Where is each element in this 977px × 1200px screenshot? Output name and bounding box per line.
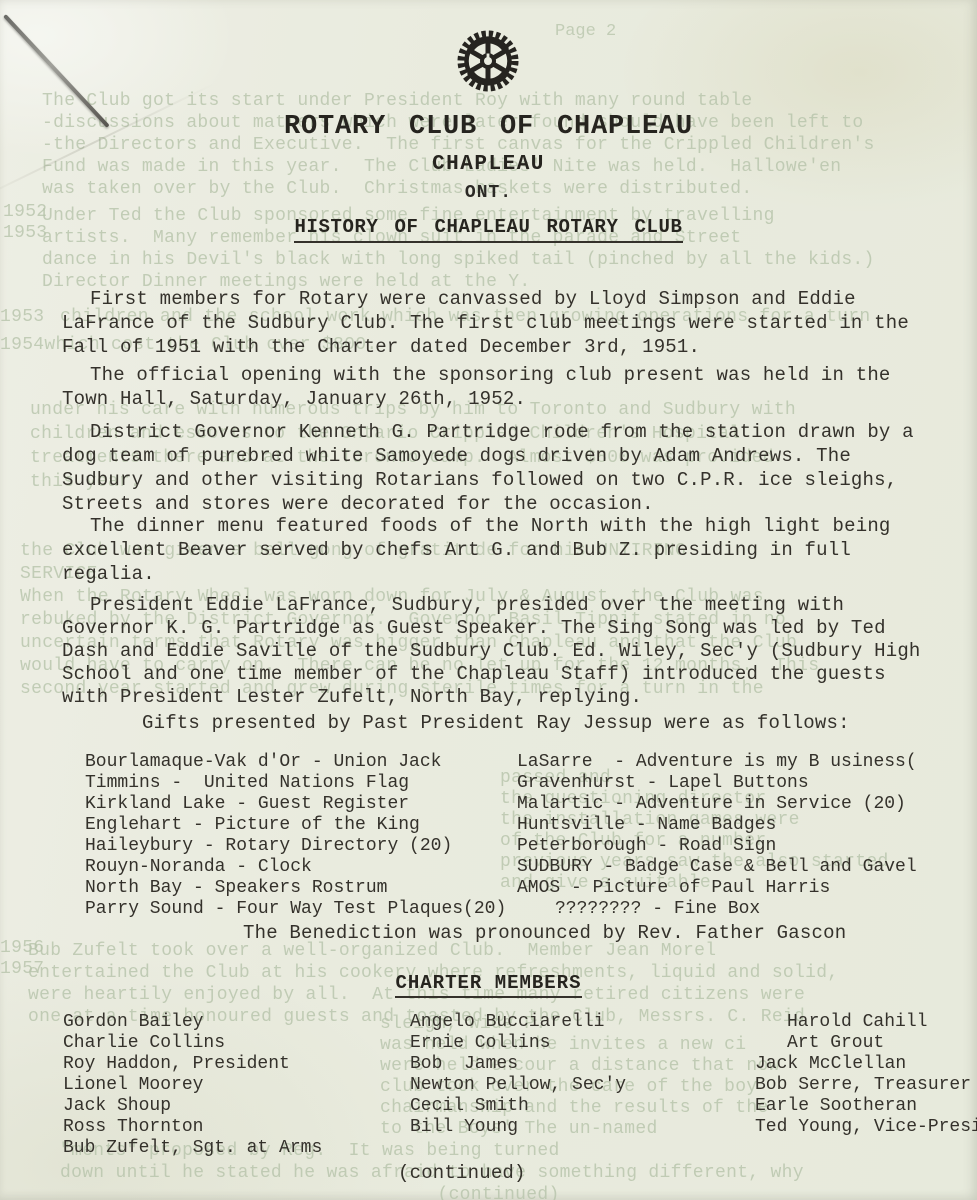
gifts-left-column: Bourlamaque-Vak d'Or - Union JackTimmins… [85,752,506,920]
paragraph: President Eddie LaFrance, Sudbury, presi… [62,594,928,709]
charter-column-3: Harold CahillArt GroutJack McClellanBob … [755,1012,977,1138]
benediction-line: The Benediction was pronounced by Rev. F… [243,922,846,944]
charter-column-2: Angelo BucciarelliErnie CollinsBob James… [410,1012,626,1138]
gifts-intro-line: Gifts presented by Past President Ray Je… [142,712,850,734]
gift-item: Peterborough - Road Sign [517,836,917,857]
gift-item: SUDBURY - Badge Case & Bell and Gavel [517,857,917,878]
gift-item: Timmins - United Nations Flag [85,773,506,794]
gift-item: Huntsville - Name Badges [517,815,917,836]
gift-item: Bourlamaque-Vak d'Or - Union Jack [85,752,506,773]
gift-item: Parry Sound - Four Way Test Plaques(20) [85,899,506,920]
gift-item: Haileybury - Rotary Directory (20) [85,836,506,857]
charter-member: Ernie Collins [410,1033,626,1054]
charter-member: Ted Young, Vice-Presid [755,1117,977,1138]
charter-member: Roy Haddon, President [63,1054,322,1075]
scanned-document-page: The Club got its start under President R… [0,0,977,1200]
paragraph: The dinner menu featured foods of the No… [62,514,928,586]
charter-member: Gordon Bailey [63,1012,322,1033]
gift-item: Gravenhurst - Lapel Buttons [517,773,917,794]
paragraph: District Governor Kenneth G. Partridge r… [62,420,928,516]
paragraph: The official opening with the sponsoring… [62,363,928,411]
gift-item: AMOS - Picture of Paul Harris [517,878,917,899]
charter-member: Earle Sootheran [755,1096,977,1117]
gift-item: North Bay - Speakers Rostrum [85,878,506,899]
charter-members-heading: CHARTER MEMBERS [395,972,581,998]
gift-item: Englehart - Picture of the King [85,815,506,836]
charter-member: Jack McClellan [755,1054,977,1075]
charter-member: Bill Young [410,1117,626,1138]
charter-member: Cecil Smith [410,1096,626,1117]
charter-member: Angelo Bucciarelli [410,1012,626,1033]
charter-member: Art Grout [755,1033,977,1054]
charter-member: Bob Serre, Treasurer [755,1075,977,1096]
gift-item: ???????? - Fine Box [517,899,917,920]
gift-item: Malartic - Adventure in Service (20) [517,794,917,815]
continued-note: (continued) [398,1162,526,1184]
charter-member: Bob James [410,1054,626,1075]
charter-member: Jack Shoup [63,1096,322,1117]
charter-member: Ross Thornton [63,1117,322,1138]
gift-item: LaSarre - Adventure is my B usiness( [517,752,917,773]
charter-member: Bub Zufelt, Sgt. at Arms [63,1138,322,1159]
gifts-right-column: LaSarre - Adventure is my B usiness(Grav… [517,752,917,920]
charter-heading-row: CHARTER MEMBERS [0,972,977,998]
paragraph: First members for Rotary were canvassed … [62,287,928,359]
gift-item: Kirkland Lake - Guest Register [85,794,506,815]
charter-member: Harold Cahill [755,1012,977,1033]
charter-member: Lionel Moorey [63,1075,322,1096]
charter-member: Newton Pellow, Sec'y [410,1075,626,1096]
gift-item: Rouyn-Noranda - Clock [85,857,506,878]
charter-member: Charlie Collins [63,1033,322,1054]
charter-column-1: Gordon BaileyCharlie CollinsRoy Haddon, … [63,1012,322,1159]
